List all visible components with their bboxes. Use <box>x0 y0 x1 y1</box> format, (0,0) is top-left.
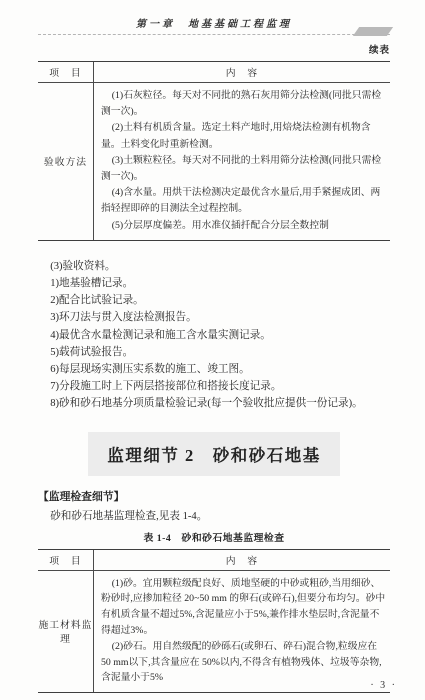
material-supervision-table: 项 目 内 容 施工材料监理 (1)砂。宜用颗粒级配良好、质地坚硬的中砂或粗砂,… <box>38 549 390 694</box>
list-item: 2)配合比试验记录。 <box>38 292 390 309</box>
header-divider <box>38 34 390 35</box>
lead-text: 砂和砂石地基监理检查,见表 1-4。 <box>38 508 390 523</box>
acceptance-method-table: 项 目 内 容 验收方法 (1)石灰粒径。每天对不同批的熟石灰用筛分法检测(同批… <box>38 61 390 241</box>
table-caption: 表 1-4 砂和砂石地基监理检查 <box>38 530 390 544</box>
column-header-item: 项 目 <box>38 550 94 570</box>
content-paragraph: (4)含水量。用烘干法检测决定最优含水量后,用手紧握成团、两指轻捏即碎的目测法全… <box>101 185 389 217</box>
content-paragraph: (5)分层厚度偏差。用水准仪插扦配合分层全数控制 <box>101 218 389 234</box>
list-item: 6)每层现场实测压实系数的施工、竣工图。 <box>38 361 390 378</box>
row-content-cell: (1)砂。宜用颗粒级配良好、质地坚硬的中砂或粗砂,当用细砂、粉砂时,应掺加粒径 … <box>94 571 390 693</box>
corner-tab-shape <box>353 27 393 36</box>
list-item: 7)分段施工时上下两层搭接部位和搭接长度记录。 <box>38 378 390 395</box>
list-intro: (3)验收资料。 <box>38 258 390 275</box>
column-header-content: 内 容 <box>94 62 390 82</box>
table-header-row: 项 目 内 容 <box>38 62 390 83</box>
row-content-cell: (1)石灰粒径。每天对不同批的熟石灰用筛分法检测(同批只需检测一次)。 (2)土… <box>94 83 390 240</box>
row-label-material-supervision: 施工材料监理 <box>38 571 94 693</box>
table-row: 验收方法 (1)石灰粒径。每天对不同批的熟石灰用筛分法检测(同批只需检测一次)。… <box>38 83 390 240</box>
row-label-acceptance-method: 验收方法 <box>38 83 94 240</box>
content-paragraph: (2)砂石。用自然级配的砂砾石(或卵石、碎石)混合物,粒级应在 50 mm以下,… <box>101 639 389 686</box>
chapter-title: 第一章 地基基础工程监理 <box>136 19 292 30</box>
list-item: 4)最优含水量检测记录和施工含水量实测记录。 <box>38 327 390 344</box>
column-header-content: 内 容 <box>94 550 390 570</box>
content-paragraph: (1)砂。宜用颗粒级配良好、质地坚硬的中砂或粗砂,当用细砂、粉砂时,应掺加粒径 … <box>101 576 389 639</box>
list-item: 3)环刀法与贯入度法检测报告。 <box>38 309 390 326</box>
list-item: 5)载荷试验报告。 <box>38 344 390 361</box>
sub-heading: 【监理检查细节】 <box>38 489 390 504</box>
page-number: · 3 · <box>370 680 397 691</box>
column-header-item: 项 目 <box>38 62 94 82</box>
section-heading-box: 监理细节 2 砂和砂石地基 <box>88 432 340 476</box>
table-row: 施工材料监理 (1)砂。宜用颗粒级配良好、质地坚硬的中砂或粗砂,当用细砂、粉砂时… <box>38 571 390 693</box>
table-header-row: 项 目 内 容 <box>38 550 390 571</box>
list-item: 1)地基验槽记录。 <box>38 275 390 292</box>
running-header: 第一章 地基基础工程监理 <box>38 0 390 30</box>
page-content: 第一章 地基基础工程监理 续表 项 目 内 容 验收方法 (1)石灰粒径。每天对… <box>0 0 425 693</box>
book-page: 第一章 地基基础工程监理 续表 项 目 内 容 验收方法 (1)石灰粒径。每天对… <box>0 0 425 700</box>
section-heading: 监理细节 2 砂和砂石地基 <box>107 442 320 466</box>
acceptance-records-list: (3)验收资料。 1)地基验槽记录。 2)配合比试验记录。 3)环刀法与贯入度法… <box>38 258 390 413</box>
content-paragraph: (3)土颗粒粒径。每天对不同批的土料用筛分法检测(同批只需检测一次)。 <box>101 153 389 185</box>
content-paragraph: (2)土料有机质含量。选定土料产地时,用焙烧法检测有机物含量。土料变化时重新检测… <box>101 120 389 152</box>
continued-table-label: 续表 <box>38 42 390 56</box>
list-item: 8)砂和砂石地基分项质量检验记录(每一个验收批应提供一份记录)。 <box>38 395 390 412</box>
content-paragraph: (1)石灰粒径。每天对不同批的熟石灰用筛分法检测(同批只需检测一次)。 <box>101 88 389 120</box>
